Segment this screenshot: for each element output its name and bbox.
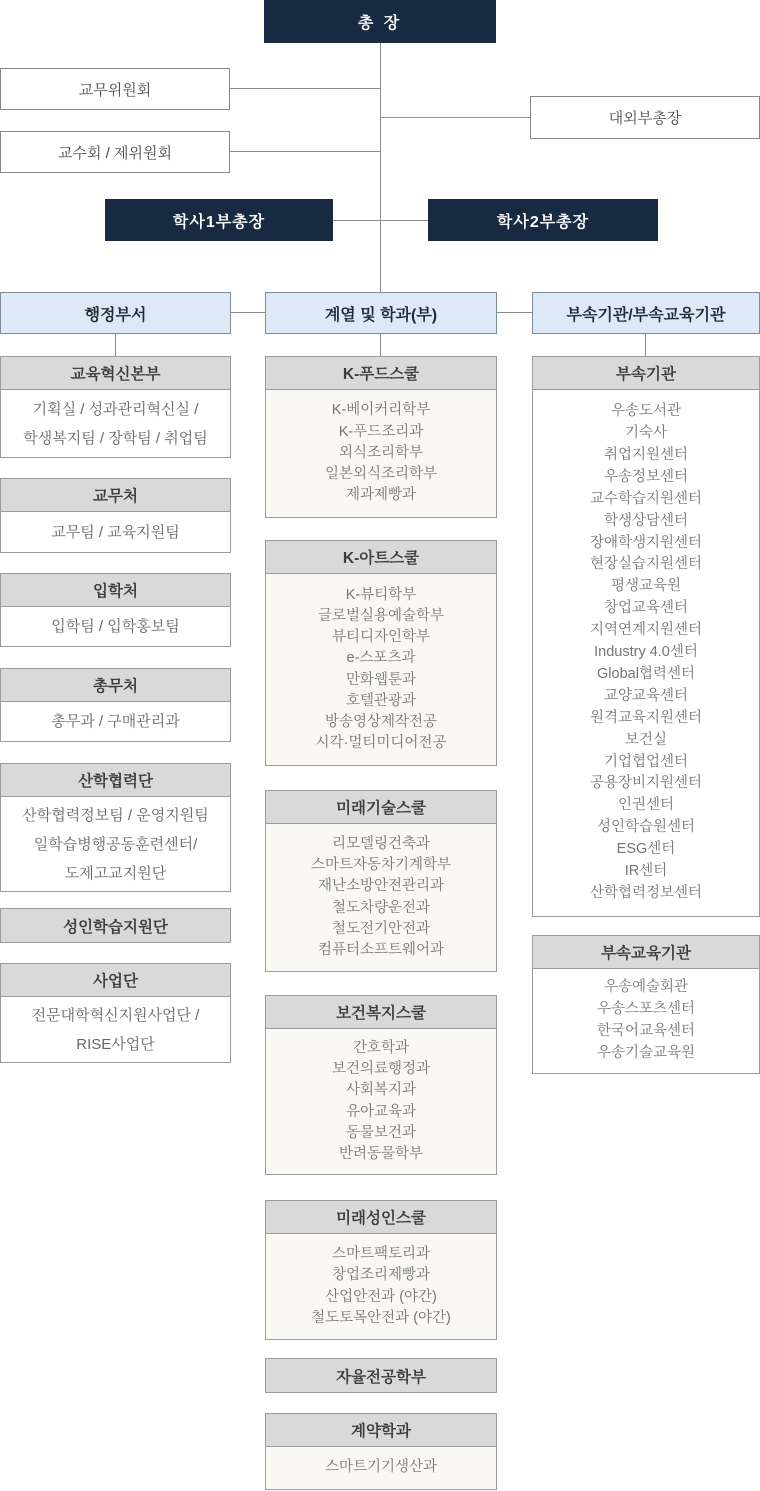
list-item: 보건의료행정과	[332, 1059, 430, 1080]
list-item: 교무팀 / 교육지원팀	[51, 518, 179, 547]
section-title: 총무처	[0, 668, 231, 702]
list-item: 호텔관광과	[346, 691, 416, 712]
list-item: 스마트팩토리과	[332, 1244, 430, 1265]
list-item: 현장실습지원센터	[590, 554, 702, 576]
section-title: 미래기술스쿨	[265, 790, 497, 824]
section-title: 교육혁신본부	[0, 356, 231, 390]
list-item: 시각·멀티미디어전공	[316, 733, 447, 754]
connector-header-right	[497, 312, 532, 313]
list-item: 공용장비지원센터	[590, 773, 702, 795]
section-body: 전문대학혁신지원사업단 /RISE사업단	[0, 997, 231, 1063]
list-item: 입학팀 / 입학홍보팀	[51, 612, 179, 641]
list-item: ESG센터	[617, 839, 676, 861]
list-item: 만화웹툰과	[346, 670, 416, 691]
connector-external-vp	[380, 117, 530, 118]
list-item: K-베이커리학부	[332, 400, 431, 421]
connector-stub-admin	[115, 334, 116, 356]
connector-stub-affiliated	[645, 334, 646, 356]
list-item: 뷰티디자인학부	[332, 627, 430, 648]
list-item: 우송도서관	[611, 401, 681, 423]
list-item: 원격교육지원센터	[590, 708, 702, 730]
list-item: 철도전기안전과	[332, 919, 430, 940]
list-item: 인권센터	[618, 795, 674, 817]
section-body: K-뷰티학부글로벌실용예술학부뷰티디자인학부e-스포츠과만화웹툰과호텔관광과방송…	[265, 574, 497, 766]
section-project-group: 사업단 전문대학혁신지원사업단 /RISE사업단	[0, 963, 231, 1063]
section-health-welfare-school: 보건복지스쿨 간호학과보건의료행정과사회복지과유아교육과동물보건과반려동물학부	[265, 995, 497, 1175]
section-title: K-푸드스쿨	[265, 356, 497, 390]
list-item: 반려동물학부	[339, 1144, 423, 1165]
section-body: 스마트기기생산과	[265, 1447, 497, 1490]
list-item: 제과제빵과	[346, 485, 416, 506]
section-admissions: 입학처 입학팀 / 입학홍보팀	[0, 573, 231, 647]
list-item: 성인학습원센터	[597, 817, 695, 839]
section-edu-innovation: 교육혁신본부 기획실 / 성과관리혁신실 /학생복지팀 / 장학팀 / 취업팀	[0, 356, 231, 458]
list-item: 철도차량운전과	[332, 898, 430, 919]
list-item: 학생상담센터	[604, 511, 688, 533]
section-title: 산학협력단	[0, 763, 231, 797]
list-item: 스마트자동차기계학부	[311, 855, 451, 876]
section-title: K-아트스쿨	[265, 540, 497, 574]
list-item: 산업안전과 (야간)	[325, 1287, 437, 1308]
section-k-food-school: K-푸드스쿨 K-베이커리학부K-푸드조리과외식조리학부일본외식조리학부제과제빵…	[265, 356, 497, 518]
column-header-affiliated: 부속기관/부속교육기관	[532, 292, 760, 334]
section-title: 보건복지스쿨	[265, 995, 497, 1029]
section-future-tech-school: 미래기술스쿨 리모델링건축과스마트자동차기계학부재난소방안전관리과철도차량운전과…	[265, 790, 497, 972]
professor-council-box: 교수회 / 제위원회	[0, 131, 230, 173]
list-item: K-뷰티학부	[346, 585, 417, 606]
list-item: 산학협력정보센터	[590, 883, 702, 905]
list-item: 철도토목안전과 (야간)	[311, 1308, 451, 1329]
list-item: 교수학습지원센터	[590, 489, 702, 511]
list-item: 창업교육센터	[604, 598, 688, 620]
section-affiliated-orgs: 부속기관 우송도서관기숙사취업지원센터우송정보센터교수학습지원센터학생상담센터장…	[532, 356, 760, 917]
section-industry-cooperation: 산학협력단 산학협력정보팀 / 운영지원팀일학습병행공동훈련센터/도제고교지원단	[0, 763, 231, 892]
list-item: 스마트기기생산과	[325, 1457, 437, 1478]
section-body: 총무과 / 구매관리과	[0, 702, 231, 742]
section-title: 입학처	[0, 573, 231, 607]
academic-vp1-box: 학사1부총장	[105, 199, 333, 241]
section-body: 교무팀 / 교육지원팀	[0, 512, 231, 553]
section-title: 부속교육기관	[532, 935, 760, 969]
list-item: 지역연계지원센터	[590, 620, 702, 642]
section-body: 산학협력정보팀 / 운영지원팀일학습병행공동훈련센터/도제고교지원단	[0, 797, 231, 892]
list-item: 학생복지팀 / 장학팀 / 취업팀	[23, 424, 207, 453]
section-body: 스마트팩토리과창업조리제빵과산업안전과 (야간)철도토목안전과 (야간)	[265, 1234, 497, 1340]
section-general-affairs: 총무처 총무과 / 구매관리과	[0, 668, 231, 742]
list-item: 우송기술교육원	[597, 1043, 695, 1065]
section-adult-learning: 성인학습지원단	[0, 908, 231, 943]
list-item: IR센터	[625, 861, 668, 883]
section-affiliated-edu-orgs: 부속교육기관 우송예술회관우송스포츠센터한국어교육센터우송기술교육원	[532, 935, 760, 1074]
org-chart: 총 장 교무위원회 대외부총장 교수회 / 제위원회 학사1부총장 학사2부총장…	[0, 0, 760, 1491]
list-item: 산학협력정보팀 / 운영지원팀	[22, 801, 208, 830]
list-item: 우송예술회관	[604, 977, 688, 999]
list-item: 리모델링건축과	[332, 834, 430, 855]
section-body: 우송예술회관우송스포츠센터한국어교육센터우송기술교육원	[532, 969, 760, 1074]
section-title: 자율전공학부	[265, 1358, 497, 1393]
section-title: 미래성인스쿨	[265, 1200, 497, 1234]
list-item: 우송정보센터	[604, 467, 688, 489]
column-header-admin: 행정부서	[0, 292, 231, 334]
connector-committee1	[230, 88, 380, 89]
section-title: 성인학습지원단	[0, 908, 231, 943]
connector-main-vertical	[380, 43, 381, 292]
section-title: 사업단	[0, 963, 231, 997]
section-body: 입학팀 / 입학홍보팀	[0, 607, 231, 647]
academic-vp2-box: 학사2부총장	[428, 199, 658, 241]
list-item: 교양교육센터	[604, 686, 688, 708]
section-title: 교무처	[0, 478, 231, 512]
section-contract-dept: 계약학과 스마트기기생산과	[265, 1413, 497, 1490]
president-box: 총 장	[264, 0, 496, 43]
column-header-academic: 계열 및 학과(부)	[265, 292, 497, 334]
section-undeclared-major: 자율전공학부	[265, 1358, 497, 1393]
list-item: 유아교육과	[346, 1102, 416, 1123]
list-item: 컴퓨터소프트웨어과	[318, 940, 444, 961]
list-item: K-푸드조리과	[339, 422, 424, 443]
section-future-adult-school: 미래성인스쿨 스마트팩토리과창업조리제빵과산업안전과 (야간)철도토목안전과 (…	[265, 1200, 497, 1340]
list-item: 일본외식조리학부	[325, 464, 437, 485]
list-item: 우송스포츠센터	[597, 999, 695, 1021]
list-item: 동물보건과	[346, 1123, 416, 1144]
connector-stub-academic	[380, 334, 381, 356]
list-item: 기획실 / 성과관리혁신실 /	[33, 395, 199, 424]
list-item: 도제고교지원단	[65, 859, 166, 888]
section-title: 계약학과	[265, 1413, 497, 1447]
section-academic-affairs: 교무처 교무팀 / 교육지원팀	[0, 478, 231, 553]
list-item: Industry 4.0센터	[594, 642, 698, 664]
section-body: 기획실 / 성과관리혁신실 /학생복지팀 / 장학팀 / 취업팀	[0, 390, 231, 458]
list-item: 총무과 / 구매관리과	[51, 707, 179, 736]
list-item: RISE사업단	[76, 1030, 154, 1059]
section-body: K-베이커리학부K-푸드조리과외식조리학부일본외식조리학부제과제빵과	[265, 390, 497, 518]
list-item: 글로벌실용예술학부	[318, 606, 444, 627]
list-item: 전문대학혁신지원사업단 /	[32, 1001, 200, 1030]
list-item: 평생교육원	[611, 576, 681, 598]
list-item: 사회복지과	[346, 1080, 416, 1101]
list-item: 방송영상제작전공	[325, 712, 437, 733]
list-item: 보건실	[625, 730, 667, 752]
section-body: 우송도서관기숙사취업지원센터우송정보센터교수학습지원센터학생상담센터장애학생지원…	[532, 390, 760, 917]
connector-committee2	[230, 151, 380, 152]
connector-vps	[333, 220, 428, 221]
external-vice-president-box: 대외부총장	[530, 96, 760, 139]
list-item: 한국어교육센터	[597, 1021, 695, 1043]
faculty-affairs-committee-box: 교무위원회	[0, 68, 230, 110]
list-item: 간호학과	[353, 1038, 409, 1059]
list-item: e-스포츠과	[347, 648, 416, 669]
section-body: 간호학과보건의료행정과사회복지과유아교육과동물보건과반려동물학부	[265, 1029, 497, 1175]
section-k-art-school: K-아트스쿨 K-뷰티학부글로벌실용예술학부뷰티디자인학부e-스포츠과만화웹툰과…	[265, 540, 497, 766]
section-body: 리모델링건축과스마트자동차기계학부재난소방안전관리과철도차량운전과철도전기안전과…	[265, 824, 497, 972]
list-item: 기숙사	[625, 423, 667, 445]
list-item: 장애학생지원센터	[590, 533, 702, 555]
list-item: 일학습병행공동훈련센터/	[34, 830, 198, 859]
list-item: 기업협업센터	[604, 752, 688, 774]
connector-header-left	[231, 312, 265, 313]
list-item: 외식조리학부	[339, 443, 423, 464]
list-item: 취업지원센터	[604, 445, 688, 467]
section-title: 부속기관	[532, 356, 760, 390]
list-item: Global협력센터	[597, 664, 695, 686]
list-item: 창업조리제빵과	[332, 1265, 430, 1286]
list-item: 재난소방안전관리과	[318, 876, 444, 897]
